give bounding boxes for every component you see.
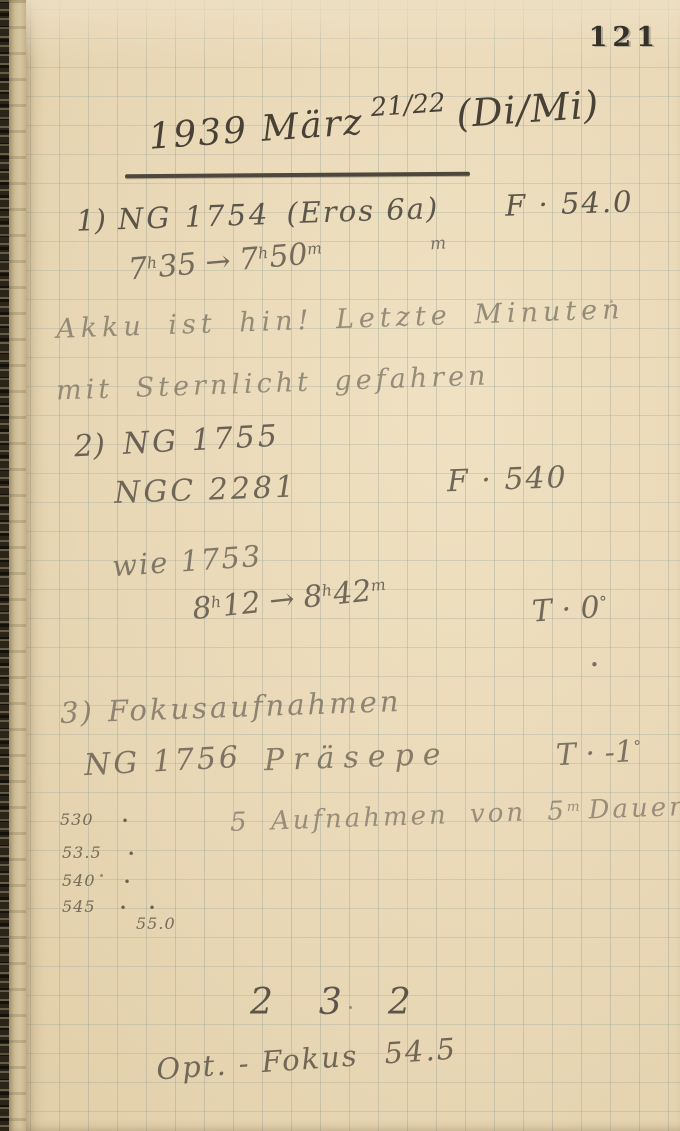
time-minute: 50	[268, 237, 309, 275]
temperature-value: T · 0	[531, 590, 601, 630]
focus-scale-value: 53.5	[62, 843, 102, 862]
exposure-count: 2	[250, 982, 273, 1023]
result-value: 54.5	[383, 1032, 458, 1071]
focus-scale-mark: •	[124, 875, 132, 889]
entry2-temperature: T · 0°	[531, 589, 610, 629]
entry2-focus-value: F · 540	[446, 460, 568, 499]
focus-scale-value: 540	[62, 871, 96, 890]
entry1-focus-value: F · 54.0	[505, 184, 634, 222]
minute-unit: m	[566, 799, 580, 815]
time-minute: 35	[157, 247, 198, 285]
focus-scale-row: 540•	[62, 871, 132, 890]
focus-scale-mark: •	[128, 847, 136, 861]
entry3-object-name: Präsepe	[263, 737, 450, 778]
scanned-notebook-page: 121 1939 März21/22(Di/Mi) 1)NG 1754(Eros…	[0, 0, 680, 1131]
time-minute-unit: m	[306, 239, 323, 258]
entry1-object-name: (Eros 6a)	[286, 191, 440, 230]
time-minute-unit: m	[370, 575, 388, 595]
focus-scale-row: 530•	[60, 810, 130, 829]
stray-minute-mark: m	[429, 233, 446, 254]
time-minute: 42	[332, 574, 374, 613]
exposure-count: 3	[319, 982, 342, 1023]
entry2-object-name: NGC 2281	[114, 470, 298, 511]
degree-sign: °	[599, 593, 609, 612]
exposure-counts: 2 3 2	[250, 982, 411, 1023]
stray-pencil-dot: •	[590, 656, 599, 674]
torn-page-edge	[9, 0, 26, 1131]
focus-scale-value: 545	[62, 897, 96, 916]
entry3-number: 3)	[60, 695, 95, 730]
entry1-plate-number: NG 1754	[117, 197, 271, 236]
focus-scale-row: 55.0	[136, 914, 176, 933]
focus-scale-mark: •	[122, 814, 130, 828]
focus-scale-value: 530	[60, 810, 94, 829]
focus-scale-mark: • •	[120, 901, 157, 915]
paper-top-fade	[26, 0, 680, 62]
focus-scale-value: 55.0	[136, 914, 176, 933]
page-number: 121	[589, 22, 660, 53]
time-minute: 12	[221, 585, 263, 624]
book-binding-edge	[0, 0, 9, 1131]
arrow-icon: →	[204, 244, 232, 281]
exposure-count: 2	[388, 982, 411, 1023]
degree-sign: °	[633, 737, 643, 755]
entry3-temperature: T · -1°	[555, 734, 643, 773]
focus-scale-row: 53.5•	[62, 843, 136, 862]
header-days: 21/22	[370, 88, 447, 123]
entry2-number: 2)	[73, 428, 106, 465]
temperature-value: T · -1	[555, 734, 635, 773]
entry1-number: 1)	[76, 203, 107, 238]
exposure-note-tail: Dauer	[588, 792, 680, 825]
arrow-icon: →	[268, 582, 297, 619]
